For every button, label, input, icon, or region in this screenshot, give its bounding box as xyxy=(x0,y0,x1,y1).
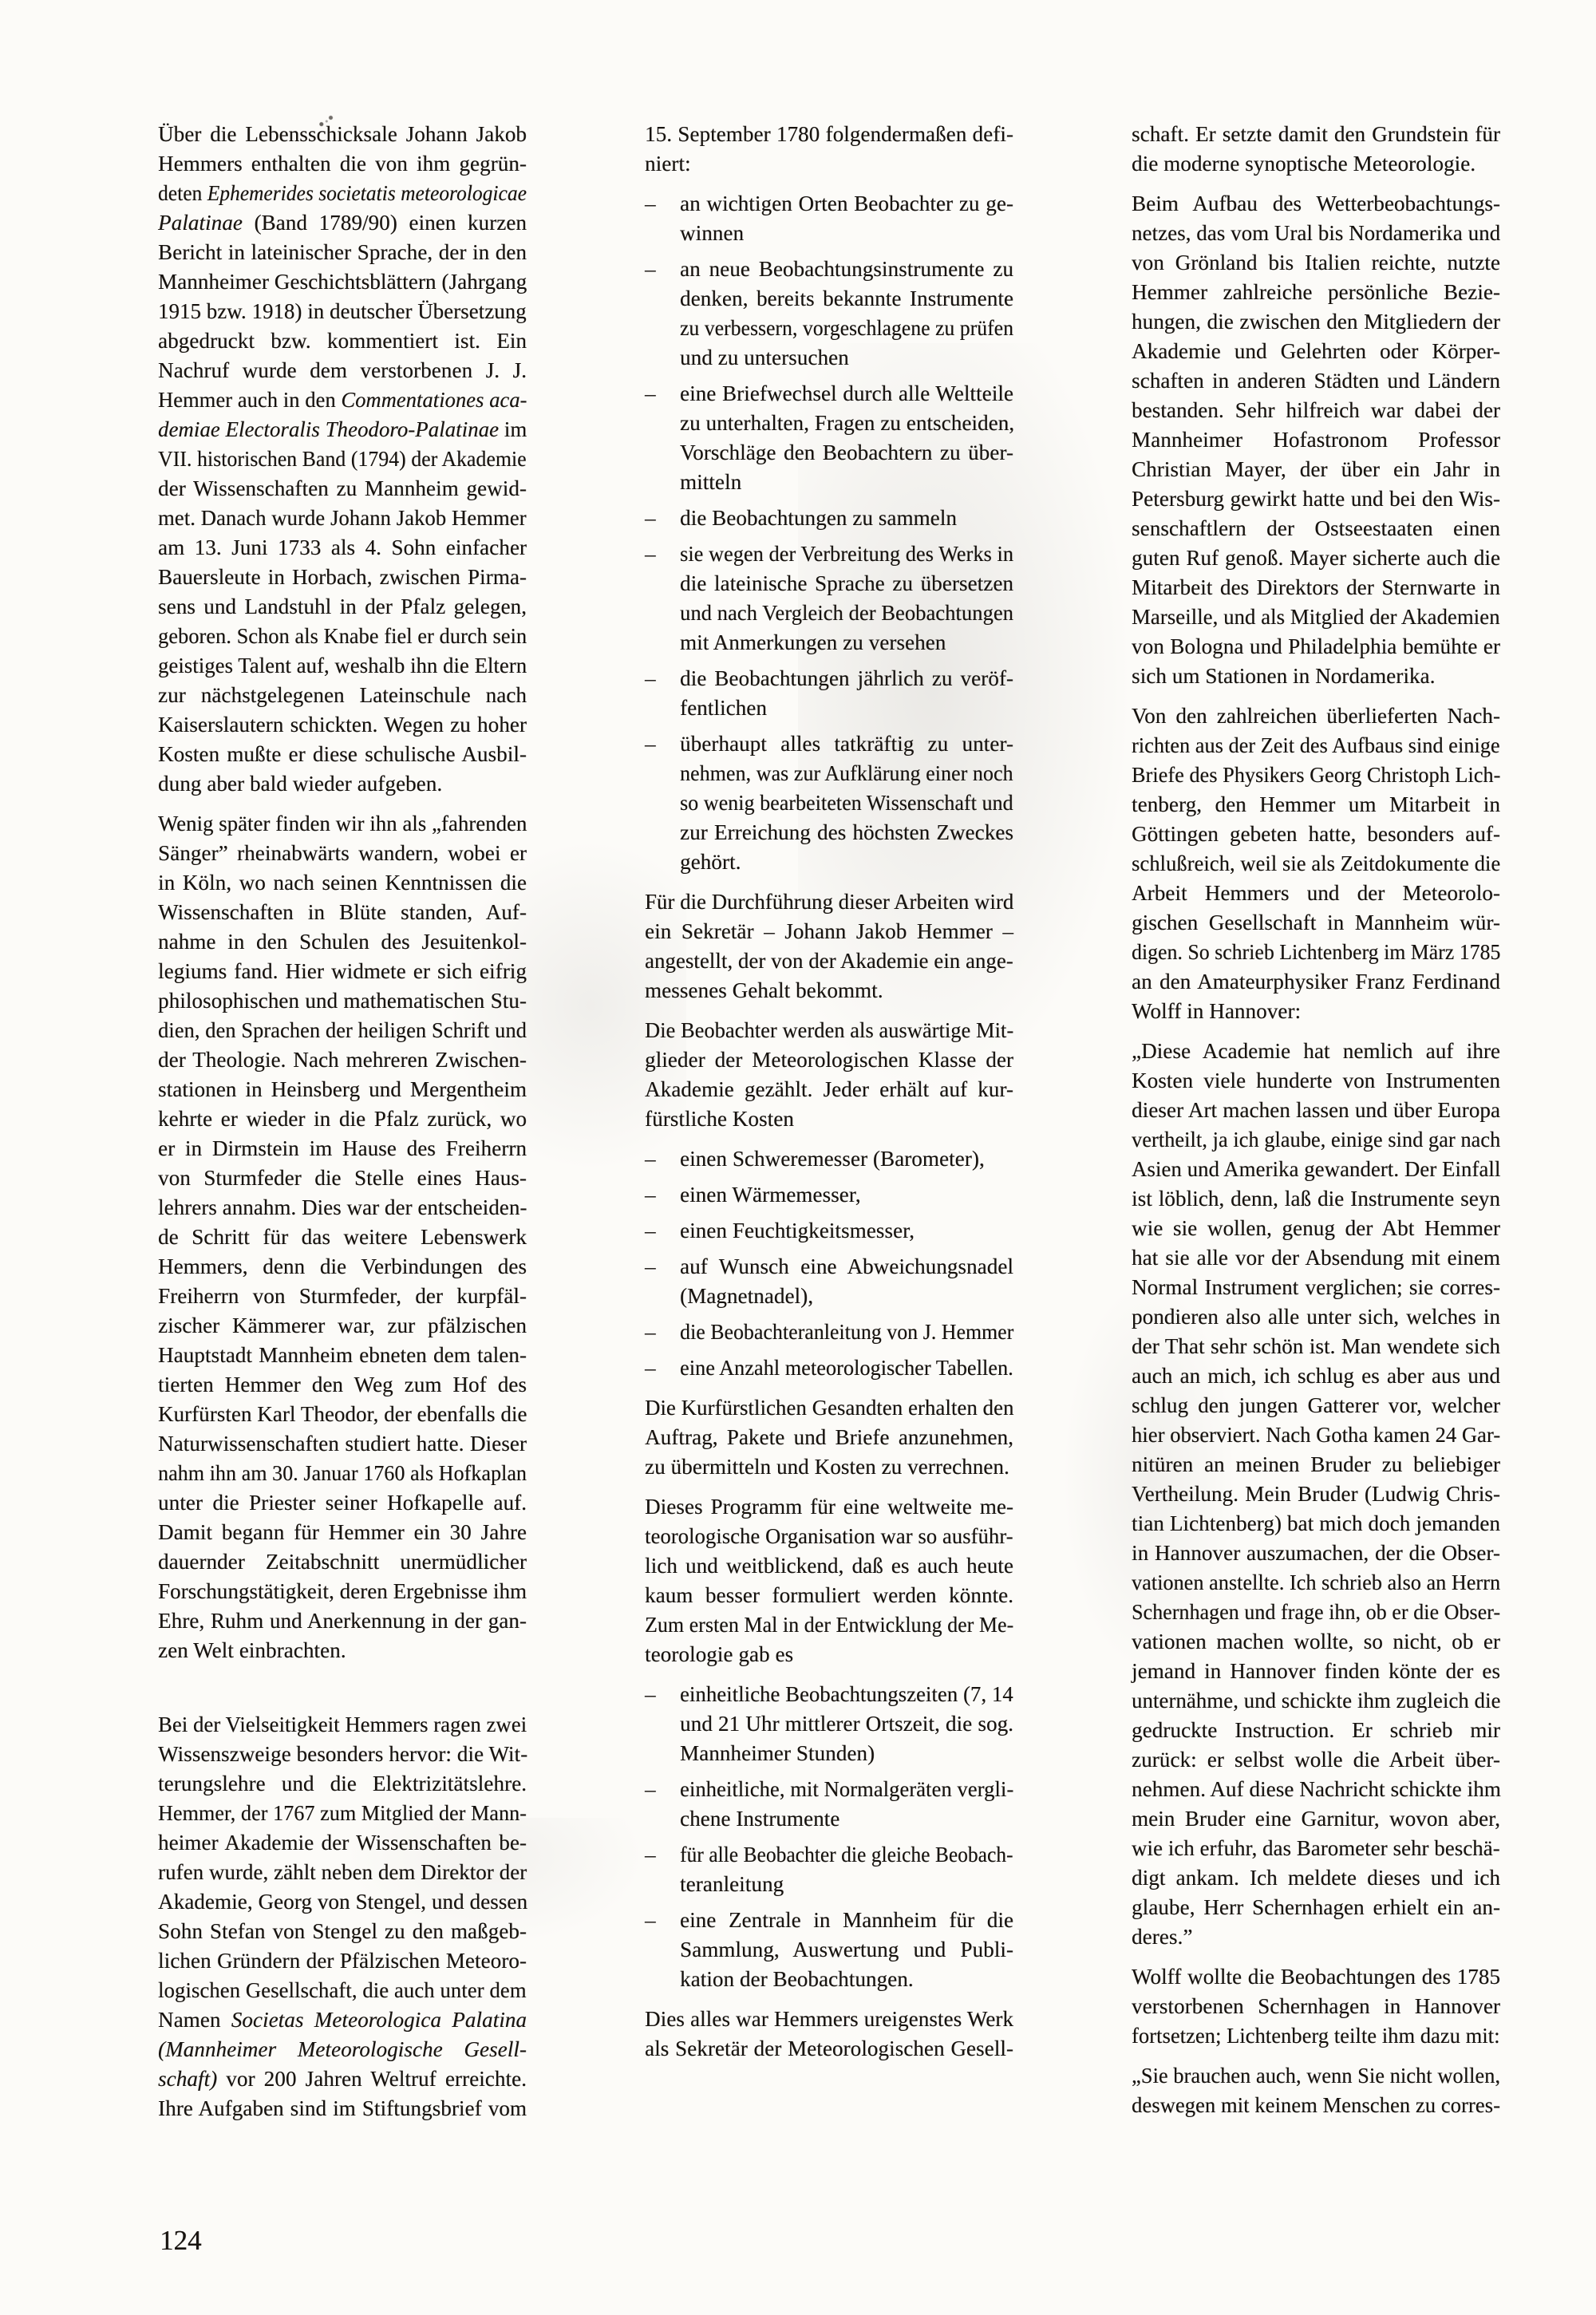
text-line: met. Danach wurde Johann Jakob Hemmer xyxy=(158,504,521,533)
text-line: dien, den Sprachen der heiligen Schrift … xyxy=(158,1016,518,1045)
text-line: der Wissenschaften zu Mannheim gewid- xyxy=(158,474,527,504)
list-item-text: eine Zentrale in Mannheim für dieSammlun… xyxy=(680,1906,1013,1994)
scanned-document-page: Über die Lebensschicksale Johann JakobHe… xyxy=(0,0,1596,2315)
text-line: Göttingen gebeten hatte, besonders auf- xyxy=(1132,820,1500,849)
text-line: tenberg, den Hemmer um Mitarbeit in xyxy=(1132,790,1500,820)
dash-bullet-icon: – xyxy=(645,189,656,219)
text-line: Über die Lebensschicksale Johann Jakob xyxy=(158,120,527,149)
text-line: Die Beobachter werden als auswärtige Mit… xyxy=(645,1016,1004,1045)
text-line: jemand in Hannover finden könte der es xyxy=(1132,1657,1500,1686)
text-line: Vorschläge den Beobachtern zu über- xyxy=(680,438,1013,468)
list-item-text: einheitliche, mit Normalgeräten vergli-c… xyxy=(680,1775,1013,1834)
list-item-text: einen Feuchtigkeitsmesser, xyxy=(680,1216,1013,1246)
list-item: –eine Briefwechsel durch alle Weltteilez… xyxy=(645,379,1013,497)
text-line: (Magnetnadel), xyxy=(680,1282,1013,1311)
text-line: in Hannover auszumachen, der die Obser- xyxy=(1132,1539,1500,1568)
text-line: demiae Electoralis Theodoro-Palatinae im xyxy=(158,415,523,444)
text-line: „Diese Academie hat nemlich auf ihre xyxy=(1132,1037,1500,1066)
list-item-text: die Beobachtungen jährlich zu veröf-fent… xyxy=(680,664,1013,723)
text-line: nitüren an meinen Bruder zu beliebiger xyxy=(1132,1450,1500,1479)
list-item-text: einen Schweremesser (Barometer), xyxy=(680,1144,1013,1174)
text-line: Kaiserslautern schickten. Wegen zu hoher xyxy=(158,710,527,740)
text-line: zurück: er selbst wolle die Arbeit über- xyxy=(1132,1745,1500,1775)
paragraph: Dies alles war Hemmers ureigenstes Werka… xyxy=(645,2005,1013,2064)
paragraph: Über die Lebensschicksale Johann JakobHe… xyxy=(158,120,527,799)
list-item: –die Beobachteranleitung von J. Hemmer xyxy=(645,1317,1013,1347)
text-line: eine Anzahl meteorologischer Tabellen. xyxy=(680,1353,1002,1383)
text-line: er in Dirmstein im Hause des Freiherrn xyxy=(158,1134,527,1163)
text-line: Namen Societas Meteorologica Palatina xyxy=(158,2005,527,2035)
paragraph: „Sie brauchen auch, wenn Sie nicht wolle… xyxy=(1132,2061,1500,2120)
list-item: –an neue Beobachtungsinstrumente zudenke… xyxy=(645,255,1013,373)
paragraph: Für die Durchführung dieser Arbeiten wir… xyxy=(645,887,1013,1005)
text-line: gedruckte Instruction. Er schrieb mir xyxy=(1132,1716,1500,1745)
list-item-text: die Beobachteranleitung von J. Hemmer xyxy=(680,1317,1013,1347)
text-line: 1915 bzw. 1918) in deutscher Übersetzung xyxy=(158,297,523,326)
list-item: –eine Zentrale in Mannheim für dieSammlu… xyxy=(645,1906,1013,1994)
text-line: als Sekretär der Meteorologischen Gesell… xyxy=(645,2034,1013,2064)
text-line: teorologische Organisation war so ausfüh… xyxy=(645,1522,1007,1551)
text-line: zu übermitteln und Kosten zu verrechnen. xyxy=(645,1452,1013,1482)
text-line: von Grönland bis Italien reichte, nutzte xyxy=(1132,248,1500,278)
text-line: Mannheimer Hofastronom Professor xyxy=(1132,425,1500,455)
list-item-text: an neue Beobachtungsinstrumente zudenken… xyxy=(680,255,1013,373)
text-line: schlug den jungen Gatterer vor, welcher xyxy=(1132,1391,1500,1420)
text-line: die Beobachteranleitung von J. Hemmer xyxy=(680,1317,997,1347)
list-item-text: einen Wärmemesser, xyxy=(680,1180,1013,1210)
dash-bullet-icon: – xyxy=(645,1353,656,1383)
text-line: Ehre, Ruhm und Anerkennung in der gan- xyxy=(158,1606,527,1636)
text-line: hat sie alle vor der Absendung mit einem xyxy=(1132,1243,1500,1273)
text-line: Wissenschaften in Blüte standen, Auf- xyxy=(158,898,527,927)
text-line: rufen wurde, zählt neben dem Direktor de… xyxy=(158,1858,524,1887)
list-item: –einen Wärmemesser, xyxy=(645,1180,1013,1210)
text-line: der That sehr schön ist. Man wendete sic… xyxy=(1132,1332,1500,1361)
text-line: winnen xyxy=(680,219,1013,248)
text-line: Bauersleute in Horbach, zwischen Pirma- xyxy=(158,563,527,592)
text-line: wie ich erfuhr, das Barometer sehr besch… xyxy=(1132,1834,1497,1863)
text-line: legiums fand. Hier widmete er sich eifri… xyxy=(158,957,527,986)
text-line: ist löblich, denn, laß die Instrumente s… xyxy=(1132,1184,1500,1214)
text-line: bestanden. Sehr hilfreich war dabei der xyxy=(1132,396,1500,425)
paragraph: Bei der Vielseitigkeit Hemmers ragen zwe… xyxy=(158,1710,527,2123)
text-line: nehmen. Auf diese Nachricht schickte ihm xyxy=(1132,1775,1500,1804)
text-line: vationen anstellte. Ich schrieb also an … xyxy=(1132,1568,1487,1598)
text-line: Dieses Programm für eine weltweite me- xyxy=(645,1492,1013,1522)
text-line: Hemmer auch in den Commentationes aca- xyxy=(158,385,519,415)
dash-bullet-icon: – xyxy=(645,379,656,409)
text-line: Damit begann für Hemmer ein 30 Jahre xyxy=(158,1518,527,1547)
bullet-list: –einheitliche Beobachtungszeiten (7, 14u… xyxy=(645,1680,1013,1994)
text-line: Beim Aufbau des Wetterbeobachtungs- xyxy=(1132,189,1500,219)
text-line: Hemmer zahlreiche persönliche Bezie- xyxy=(1132,278,1500,307)
text-line: vertheilt, ja ich glaube, einige sind ga… xyxy=(1132,1125,1489,1155)
text-line: einen Schweremesser (Barometer), xyxy=(680,1144,1013,1174)
list-item-text: einheitliche Beobachtungszeiten (7, 14un… xyxy=(680,1680,1013,1768)
text-line: Naturwissenschaften studiert hatte. Dies… xyxy=(158,1429,527,1459)
text-line: Petersburg gewirkt hatte und bei den Wis… xyxy=(1132,484,1500,514)
dash-bullet-icon: – xyxy=(645,1180,656,1210)
bullet-list: –an wichtigen Orten Beobachter zu ge-win… xyxy=(645,189,1013,877)
text-line: von Sturmfeder die Stelle eines Haus- xyxy=(158,1163,527,1193)
text-line: überhaupt alles tatkräftig zu unter- xyxy=(680,729,1013,759)
paragraph: Die Beobachter werden als auswärtige Mit… xyxy=(645,1016,1013,1134)
bullet-list: –einen Schweremesser (Barometer),–einen … xyxy=(645,1144,1013,1383)
list-item: –auf Wunsch eine Abweichungsnadel(Magnet… xyxy=(645,1252,1013,1311)
dash-bullet-icon: – xyxy=(645,729,656,759)
text-line: dieser Art machen lassen und über Europa xyxy=(1132,1096,1500,1125)
text-line: abgedruckt bzw. kommentiert ist. Ein xyxy=(158,326,527,356)
text-line: eine Zentrale in Mannheim für die xyxy=(680,1906,1013,1935)
text-line: Kosten viele hunderte von Instrumenten xyxy=(1132,1066,1500,1096)
text-line: Ihre Aufgaben sind im Stiftungsbrief vom xyxy=(158,2094,527,2123)
text-line: nahm ihn am 30. Januar 1760 als Hofkapla… xyxy=(158,1459,512,1488)
text-line: netzes, das vom Ural bis Nordamerika und xyxy=(1132,219,1498,248)
text-line: Normal Instrument verglichen; sie corres… xyxy=(1132,1273,1500,1302)
text-line: guten Ruf genoß. Mayer sicherte auch die xyxy=(1132,543,1500,573)
text-line: Hauptstadt Mannheim ebneten dem talen- xyxy=(158,1341,527,1370)
text-line: nahme in den Schulen des Jesuitenkol- xyxy=(158,927,527,957)
list-item-text: eine Briefwechsel durch alle Weltteilezu… xyxy=(680,379,1013,497)
text-line: Akademie gezählt. Jeder erhält auf kur- xyxy=(645,1075,1013,1104)
text-line: sie wegen der Verbreitung des Werks in xyxy=(680,539,1003,569)
text-line: und zu untersuchen xyxy=(680,343,1013,373)
text-line: Palatinae (Band 1789/90) einen kurzen xyxy=(158,208,527,238)
text-line: ein Sekretär – Johann Jakob Hemmer – xyxy=(645,917,1013,946)
text-line: Akademie, Georg von Stengel, und dessen xyxy=(158,1887,527,1917)
text-line: heimer Akademie der Wissenschaften be- xyxy=(158,1828,527,1858)
text-line: so wenig bearbeiteten Wissenschaft und xyxy=(680,788,1000,818)
text-line: unter die Priester seiner Hofkapelle auf… xyxy=(158,1488,527,1518)
text-line: lich und weitblickend, daß es auch heute xyxy=(645,1551,1013,1581)
text-line: auch an mich, ich schlug es aber aus und xyxy=(1132,1361,1500,1391)
text-line: und nach Vergleich der Beobachtungen xyxy=(680,599,1006,628)
text-line: mit Anmerkungen zu versehen xyxy=(680,628,1013,658)
text-line: Freiherrn von Sturmfeder, der kurpfäl- xyxy=(158,1282,527,1311)
text-line: schaften in anderen Städten und Ländern xyxy=(1132,366,1500,396)
text-line: an neue Beobachtungsinstrumente zu xyxy=(680,255,1013,284)
text-line: wie sie wollen, genug der Abt Hemmer xyxy=(1132,1214,1500,1243)
list-item-text: eine Anzahl meteorologischer Tabellen. xyxy=(680,1353,1013,1383)
dash-bullet-icon: – xyxy=(645,539,656,569)
text-line: teranleitung xyxy=(680,1870,1013,1899)
text-line: „Sie brauchen auch, wenn Sie nicht wolle… xyxy=(1132,2061,1490,2091)
dash-bullet-icon: – xyxy=(645,1680,656,1709)
text-line: (Mannheimer Meteorologische Gesell- xyxy=(158,2035,527,2064)
text-line: messenes Gehalt bekommt. xyxy=(645,976,1013,1005)
text-line: Sammlung, Auswertung und Publi- xyxy=(680,1935,1013,1965)
text-line: teorologie gab es xyxy=(645,1640,1013,1669)
text-line: Kurfürsten Karl Theodor, der ebenfalls d… xyxy=(158,1400,525,1429)
text-line: einen Feuchtigkeitsmesser, xyxy=(680,1216,1013,1246)
dash-bullet-icon: – xyxy=(645,1144,656,1174)
text-line: Asien und Amerika gewandert. Der Einfall xyxy=(1132,1155,1496,1184)
text-line: Zum ersten Mal in der Entwicklung der Me… xyxy=(645,1610,997,1640)
list-item-text: die Beobachtungen zu sammeln xyxy=(680,504,1013,533)
paragraph: Beim Aufbau des Wetterbeobachtungs-netze… xyxy=(1132,189,1500,691)
text-line: Wenig später finden wir ihn als „fahrend… xyxy=(158,809,522,839)
list-item: –an wichtigen Orten Beobachter zu ge-win… xyxy=(645,189,1013,248)
text-line: Bericht in lateinischer Sprache, der in … xyxy=(158,238,527,267)
text-line: vationen machen wollte, so nicht, ob er xyxy=(1132,1627,1500,1657)
text-line: angestellt, der von der Akademie ein ang… xyxy=(645,946,1009,976)
list-item-text: an wichtigen Orten Beobachter zu ge-winn… xyxy=(680,189,1013,248)
dash-bullet-icon: – xyxy=(645,504,656,533)
text-line: der Theologie. Nach mehreren Zwischen- xyxy=(158,1045,527,1075)
text-line: senschaftlern der Ostseestaaten einen xyxy=(1132,514,1500,543)
text-line: kaum besser formuliert werden könnte. xyxy=(645,1581,1013,1610)
text-line: hungen, die zwischen den Mitgliedern der xyxy=(1132,307,1500,337)
list-item: –einen Schweremesser (Barometer), xyxy=(645,1144,1013,1174)
text-line: am 13. Juni 1733 als 4. Sohn einfacher xyxy=(158,533,527,563)
text-line: pondieren also alle unter sich, welches … xyxy=(1132,1302,1500,1332)
text-line: dauernder Zeitabschnitt unermüdlicher xyxy=(158,1547,527,1577)
text-line: Schernhagen und frage ihn, ob er die Obs… xyxy=(1132,1598,1485,1627)
text-line: tian Lichtenberg) bat mich doch jemanden xyxy=(1132,1509,1500,1539)
text-line: geboren. Schon als Knabe fiel er durch s… xyxy=(158,622,516,651)
list-item-text: sie wegen der Verbreitung des Werks indi… xyxy=(680,539,1013,658)
paragraph: Von den zahlreichen überlieferten Nach-r… xyxy=(1132,701,1500,1026)
text-line: die moderne synoptische Meteorologie. xyxy=(1132,149,1500,179)
list-item: –überhaupt alles tatkräftig zu unter-neh… xyxy=(645,729,1013,877)
text-line: digen. So schrieb Lichtenberg im März 17… xyxy=(1132,938,1481,967)
text-line: Forschungstätigkeit, deren Ergebnisse ih… xyxy=(158,1577,525,1606)
dash-bullet-icon: – xyxy=(645,1252,656,1282)
list-item: –die Beobachtungen zu sammeln xyxy=(645,504,1013,533)
text-line: fürstliche Kosten xyxy=(645,1104,1013,1134)
text-line: stationen in Heinsberg und Mergentheim xyxy=(158,1075,527,1104)
text-line: 15. September 1780 folgendermaßen defi- xyxy=(645,120,1013,149)
dash-bullet-icon: – xyxy=(645,255,656,284)
column-1: Über die Lebensschicksale Johann JakobHe… xyxy=(158,120,527,2123)
text-line: Dies alles war Hemmers ureigenstes Werk xyxy=(645,2005,1013,2034)
page-number: 124 xyxy=(160,2225,202,2257)
text-line: schaft. Er setzte damit den Grundstein f… xyxy=(1132,120,1500,149)
text-line: gischen Gesellschaft in Mannheim wür- xyxy=(1132,908,1500,938)
text-line: deten Ephemerides societatis meteorologi… xyxy=(158,179,504,208)
text-line: Kosten mußte er diese schulische Ausbil- xyxy=(158,740,527,769)
list-item: –für alle Beobachter die gleiche Beobach… xyxy=(645,1840,1013,1899)
dash-bullet-icon: – xyxy=(645,1840,656,1870)
text-line: Wolff wollte die Beobachtungen des 1785 xyxy=(1132,1962,1500,1992)
text-line: lichen Gründern der Pfälzischen Meteoro- xyxy=(158,1946,527,1976)
text-line: lehrers annahm. Dies war der entscheiden… xyxy=(158,1193,525,1223)
text-line: Akademie und Gelehrten oder Körper- xyxy=(1132,337,1500,366)
text-line: zen Welt einbrachten. xyxy=(158,1636,527,1665)
text-line: die lateinische Sprache zu übersetzen xyxy=(680,569,1013,599)
column-2: 15. September 1780 folgendermaßen defi-n… xyxy=(645,120,1013,2123)
list-item: –einheitliche Beobachtungszeiten (7, 14u… xyxy=(645,1680,1013,1768)
text-line: chene Instrumente xyxy=(680,1804,1013,1834)
text-line: logischen Gesellschaft, die auch unter d… xyxy=(158,1976,522,2005)
paragraph: „Diese Academie hat nemlich auf ihreKost… xyxy=(1132,1037,1500,1952)
list-item: –die Beobachtungen jährlich zu veröf-fen… xyxy=(645,664,1013,723)
text-line: einen Wärmemesser, xyxy=(680,1180,1013,1210)
text-line: Wissenszweige besonders hervor: die Wit- xyxy=(158,1740,527,1769)
text-line: Mitarbeit des Direktors der Sternwarte i… xyxy=(1132,573,1500,602)
text-line: an wichtigen Orten Beobachter zu ge- xyxy=(680,189,1013,219)
text-line: dung aber bald wieder aufgeben. xyxy=(158,769,527,799)
text-line: zu verbessern, vorgeschlagene zu prüfen xyxy=(680,314,995,343)
dash-bullet-icon: – xyxy=(645,1317,656,1347)
text-line: schlußreich, weil sie als Zeitdokumente … xyxy=(1132,849,1492,879)
text-line: Wolff in Hannover: xyxy=(1132,997,1500,1026)
text-line: für alle Beobachter die gleiche Beobach- xyxy=(680,1840,993,1870)
text-line: de Schritt für das weitere Lebenswerk xyxy=(158,1223,527,1252)
text-line: einheitliche, mit Normalgeräten vergli- xyxy=(680,1775,1007,1804)
dash-bullet-icon: – xyxy=(645,1906,656,1935)
list-item-text: auf Wunsch eine Abweichungsnadel(Magnetn… xyxy=(680,1252,1013,1311)
list-item: –eine Anzahl meteorologischer Tabellen. xyxy=(645,1353,1013,1383)
text-line: hier observiert. Nach Gotha kamen 24 Gar… xyxy=(1132,1420,1492,1450)
text-line: einheitliche Beobachtungszeiten (7, 14 xyxy=(680,1680,1009,1709)
text-line: tierten Hemmer den Weg zum Hof des xyxy=(158,1370,527,1400)
text-line: zur nächstgelegenen Lateinschule nach xyxy=(158,681,527,710)
text-line: gehört. xyxy=(680,847,1013,877)
column-3: schaft. Er setzte damit den Grundstein f… xyxy=(1132,120,1500,2123)
list-item-text: für alle Beobachter die gleiche Beobach-… xyxy=(680,1840,1013,1899)
list-item: –sie wegen der Verbreitung des Werks ind… xyxy=(645,539,1013,658)
dash-bullet-icon: – xyxy=(645,664,656,693)
text-line: sich um Stationen in Nordamerika. xyxy=(1132,662,1500,691)
text-line: kation der Beobachtungen. xyxy=(680,1965,1013,1994)
text-line: Hemmers, denn die Verbindungen des xyxy=(158,1252,527,1282)
text-line: Mannheimer Geschichtsblättern (Jahrgang xyxy=(158,267,527,297)
text-line: geistiges Talent auf, weshalb ihn die El… xyxy=(158,651,521,681)
text-line: VII. historischen Band (1794) der Akadem… xyxy=(158,444,508,474)
text-line: mitteln xyxy=(680,468,1013,497)
paragraph: schaft. Er setzte damit den Grundstein f… xyxy=(1132,120,1500,179)
list-item-text: überhaupt alles tatkräftig zu unter-nehm… xyxy=(680,729,1013,877)
text-line: Die Kurfürstlichen Gesandten erhalten de… xyxy=(645,1393,1009,1423)
text-line: mein Bruder eine Garnitur, wovon aber, xyxy=(1132,1804,1500,1834)
text-line: Auftrag, Pakete und Briefe anzunehmen, xyxy=(645,1423,1013,1452)
text-line: deswegen mit keinem Menschen zu corres- xyxy=(1132,2091,1493,2120)
list-item: –einen Feuchtigkeitsmesser, xyxy=(645,1216,1013,1246)
text-line: Arbeit Hemmers und der Meteorolo- xyxy=(1132,879,1500,908)
text-line: auf Wunsch eine Abweichungsnadel xyxy=(680,1252,1013,1282)
text-line: Mannheimer Stunden) xyxy=(680,1739,1013,1768)
text-line: zur Erreichung des höchsten Zweckes xyxy=(680,818,1013,847)
text-line: niert: xyxy=(645,149,1013,179)
paragraph: Dieses Programm für eine weltweite me-te… xyxy=(645,1492,1013,1669)
text-line: kehrte er wieder in die Pfalz zurück, wo xyxy=(158,1104,527,1134)
text-line: glaube, Herr Schernhagen erhielt ein an- xyxy=(1132,1893,1500,1922)
text-line: Christian Mayer, der über ein Jahr in xyxy=(1132,455,1500,484)
text-line: die Beobachtungen jährlich zu veröf- xyxy=(680,664,1013,693)
paragraph: Wenig später finden wir ihn als „fahrend… xyxy=(158,809,527,1665)
dash-bullet-icon: – xyxy=(645,1216,656,1246)
text-line: Hemmer, der 1767 zum Mitglied der Mann- xyxy=(158,1799,514,1828)
text-line: Briefe des Physikers Georg Christoph Lic… xyxy=(1132,760,1488,790)
paragraph: 15. September 1780 folgendermaßen defi-n… xyxy=(645,120,1013,179)
text-line: unternähme, und schickte ihm zugleich di… xyxy=(1132,1686,1496,1716)
text-line: digt ankam. Ich meldete dieses und ich xyxy=(1132,1863,1500,1893)
paragraph: Wolff wollte die Beobachtungen des 1785v… xyxy=(1132,1962,1500,2051)
dash-bullet-icon: – xyxy=(645,1775,656,1804)
text-line: Für die Durchführung dieser Arbeiten wir… xyxy=(645,887,1009,917)
text-columns: Über die Lebensschicksale Johann JakobHe… xyxy=(158,120,1500,2123)
text-line: sens und Landstuhl in der Pfalz gelegen, xyxy=(158,592,527,622)
text-line: deres.” xyxy=(1132,1922,1500,1952)
text-line: zischer Kämmerer war, zur pfälzischen xyxy=(158,1311,527,1341)
text-line: in Köln, wo nach seinen Kenntnissen die xyxy=(158,868,527,898)
text-line: Vertheilung. Mein Bruder (Ludwig Chris- xyxy=(1132,1479,1500,1509)
text-line: eine Briefwechsel durch alle Weltteile xyxy=(680,379,1013,409)
text-line: die Beobachtungen zu sammeln xyxy=(680,504,1013,533)
text-line: Sohn Stefan von Stengel zu den maßgeb- xyxy=(158,1917,527,1946)
text-line: Hemmers enthalten die von ihm gegrün- xyxy=(158,149,527,179)
paragraph: Die Kurfürstlichen Gesandten erhalten de… xyxy=(645,1393,1013,1482)
text-line: terungslehre und die Elektrizitätslehre. xyxy=(158,1769,527,1799)
text-line: glieder der Meteorologischen Klasse der xyxy=(645,1045,1013,1075)
text-line: schaft) vor 200 Jahren Weltruf erreichte… xyxy=(158,2064,527,2094)
text-line: an den Amateurphysiker Franz Ferdinand xyxy=(1132,967,1500,997)
text-line: und 21 Uhr mittlerer Ortszeit, die sog. xyxy=(680,1709,1013,1739)
text-line: zu unterhalten, Fragen zu entscheiden, xyxy=(680,409,1013,438)
text-line: Nachruf wurde dem verstorbenen J. J. xyxy=(158,356,527,385)
text-line: Sänger” rheinabwärts wandern, wobei er xyxy=(158,839,527,868)
text-line: richten aus der Zeit des Aufbaus sind ei… xyxy=(1132,731,1488,760)
text-line: Bei der Vielseitigkeit Hemmers ragen zwe… xyxy=(158,1710,521,1740)
text-line: nehmen, was zur Aufklärung einer noch xyxy=(680,759,1000,788)
text-line: von Bologna und Philadelphia bemühte er xyxy=(1132,632,1500,662)
text-line: fortsetzen; Lichtenberg teilte ihm dazu … xyxy=(1132,2021,1491,2051)
text-line: verstorbenen Schernhagen in Hannover xyxy=(1132,1992,1500,2021)
text-line: fentlichen xyxy=(680,693,1013,723)
list-item: –einheitliche, mit Normalgeräten vergli-… xyxy=(645,1775,1013,1834)
text-line: Von den zahlreichen überlieferten Nach- xyxy=(1132,701,1500,731)
text-line: Marseille, und als Mitglied der Akademie… xyxy=(1132,602,1495,632)
text-line: denken, bereits bekannte Instrumente xyxy=(680,284,1013,314)
text-line: philosophischen und mathematischen Stu- xyxy=(158,986,527,1016)
